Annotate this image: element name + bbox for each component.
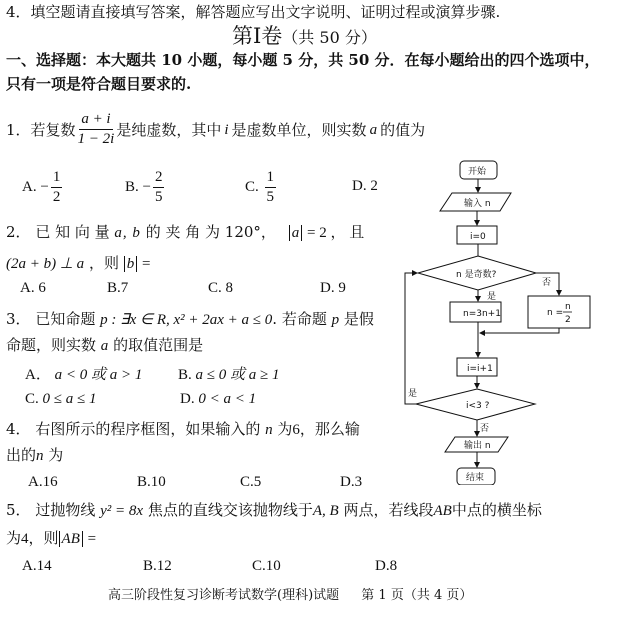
math-vectors: a, b — [114, 225, 141, 241]
question-text: 中点的横坐标 — [452, 501, 542, 519]
math-value: 4 — [21, 531, 29, 547]
option-value: 10 — [266, 558, 281, 574]
question-text: ，那么输 — [300, 420, 360, 438]
question-text: ，则 — [89, 254, 119, 272]
option-label: A. — [22, 558, 37, 574]
math-var: n — [36, 448, 44, 464]
math-abs: a — [289, 225, 303, 241]
question-text: 两点，若线段 — [343, 501, 433, 519]
option-label: C. — [25, 391, 39, 407]
option-label: D. — [340, 474, 355, 490]
section-title-score: （共 50 分） — [282, 28, 377, 47]
flowchart-output-label: 输出 n — [464, 439, 491, 451]
q3-option-c: C. 0 ≤ a ≤ 1 — [25, 391, 96, 408]
option-label: A． — [25, 367, 51, 383]
fraction: a + i 1 − 2i — [78, 110, 115, 149]
option-sign: − — [40, 179, 48, 196]
option-sign: − — [143, 179, 151, 196]
q4-option-b: B.10 — [137, 474, 166, 491]
question-text: 是纯虚数，其中 — [116, 120, 221, 140]
option-value: 9 — [338, 280, 346, 296]
question-text: 是虚数单位，则实数 — [232, 120, 367, 140]
flowchart-start-label: 开始 — [468, 165, 487, 177]
math-eq: = — [142, 256, 150, 272]
option-label: D. — [320, 280, 335, 296]
fraction-denominator: 5 — [267, 188, 275, 207]
option-label: D. — [375, 558, 390, 574]
fraction-numerator: 1 — [265, 168, 277, 188]
question-text: = 2 ， 且 — [307, 225, 364, 241]
option-label: C. — [240, 474, 254, 490]
flowchart-increment-label: i=i+1 — [467, 364, 493, 374]
q3-option-a: A． a < 0 或 a > 1 — [25, 363, 142, 384]
q4-option-d: D.3 — [340, 474, 362, 491]
question-text: 若复数 — [31, 120, 76, 140]
question-3-line1: 3． 已知命题 p : ∃x ∈ R, x² + 2ax + a ≤ 0. 若命… — [6, 309, 374, 330]
option-label: C. — [208, 280, 222, 296]
flowchart-init-label: i=0 — [470, 232, 486, 242]
question-2-line2: (2a + b) ⊥ a ，则 b = — [6, 253, 151, 274]
math-value: 6 — [292, 422, 300, 438]
math-abs: b — [124, 256, 138, 272]
fraction-numerator: 2 — [153, 168, 165, 188]
part-intro-line1: 一、选择题：本大题共 10 小题，每小题 5 分，共 50 分．在每小题给出的四… — [6, 50, 600, 70]
option-label: A. — [20, 280, 35, 296]
option-value: 16 — [43, 474, 58, 490]
question-2-line1: 2． 已 知 向 量 a, b 的 夹 角 为 120°， a = 2 ， 且 — [6, 222, 364, 243]
q1-option-c: C. 15 — [245, 168, 278, 207]
question-text: 过抛物线 — [35, 501, 95, 519]
question-1: 1． 若复数 a + i 1 − 2i 是纯虚数，其中 i 是虚数单位，则实数 … — [6, 110, 425, 149]
question-4-line1: 4． 右图所示的程序框图，如果输入的 n 为6，那么输 — [6, 419, 360, 440]
option-label: D. — [180, 391, 195, 407]
math-var: n — [265, 422, 273, 438]
question-text: 出的 — [6, 446, 36, 464]
flowchart: 开始 输入 n i=0 n 是奇数? 是 否 n=3n+1 n = n 2 i=… — [400, 150, 600, 485]
question-5-line2: 为4，则AB = — [6, 528, 96, 549]
fraction: 15 — [265, 168, 277, 207]
flowchart-decision1-label: n 是奇数? — [456, 268, 497, 280]
option-label: B. — [178, 367, 192, 383]
math-points: A, B — [313, 503, 339, 519]
q2-option-d: D. 9 — [320, 280, 346, 297]
option-label: B. — [143, 558, 157, 574]
question-text: 命题，则实数 — [6, 336, 96, 354]
math-eq: = — [88, 531, 96, 547]
option-value: 7 — [121, 280, 129, 296]
option-label: C. — [252, 558, 266, 574]
option-value: 8 — [226, 280, 234, 296]
math-var: p — [332, 312, 340, 328]
question-number: 5． — [6, 501, 31, 519]
math-var: a — [101, 338, 109, 354]
q5-option-b: B.12 — [143, 558, 172, 575]
part-intro-line2: 只有一项是符合题目要求的. — [6, 74, 191, 94]
option-value: a < 0 或 a > 1 — [55, 367, 143, 383]
option-value: 0 < a < 1 — [198, 391, 256, 407]
q2-option-b: B.7 — [107, 280, 128, 297]
math-expr: (2a + b) ⊥ a — [6, 256, 84, 272]
flowchart-loop-yes-label: 是 — [408, 388, 417, 399]
flowchart-input-label: 输入 n — [464, 197, 491, 209]
option-value: 12 — [157, 558, 172, 574]
math-var: a — [370, 120, 378, 140]
question-text: 右图所示的程序框图，如果输入的 — [35, 420, 260, 438]
option-label: D. — [352, 178, 367, 194]
fraction-numerator: 1 — [51, 168, 63, 188]
option-value: 8 — [390, 558, 398, 574]
q3-option-d: D. 0 < a < 1 — [180, 391, 256, 408]
option-value: 5 — [254, 474, 262, 490]
question-text: 焦点的直线交该抛物线于 — [148, 501, 313, 519]
math-segment: AB — [433, 503, 451, 519]
math-abs: AB — [59, 531, 83, 547]
flowchart-even-den: 2 — [565, 315, 571, 325]
question-number: 3． — [6, 310, 31, 328]
q5-option-c: C.10 — [252, 558, 281, 575]
fraction: 25 — [153, 168, 165, 207]
option-label: B. — [125, 179, 139, 196]
footer: 高三阶段性复习诊断考试数学(理科)试题 第 1 页（共 4 页） — [108, 584, 472, 603]
option-value: 3 — [355, 474, 363, 490]
option-value: 0 ≤ a ≤ 1 — [43, 391, 97, 407]
question-4-line2: 出的n 为 — [6, 445, 63, 466]
q5-option-d: D.8 — [375, 558, 397, 575]
q1-option-b: B. − 25 — [125, 168, 166, 207]
q2-option-c: C. 8 — [208, 280, 233, 297]
fraction-denominator: 2 — [53, 188, 61, 207]
option-value: 6 — [38, 280, 46, 296]
option-value: a ≤ 0 或 a ≥ 1 — [196, 367, 280, 383]
flowchart-yes-label: 是 — [487, 291, 496, 302]
option-label: A. — [28, 474, 43, 490]
option-label: A. — [22, 179, 37, 196]
flowchart-exit-no-label: 否 — [480, 423, 489, 434]
fraction-numerator: a + i — [79, 110, 112, 130]
q5-option-a: A.14 — [22, 558, 52, 575]
question-number: 1． — [6, 120, 31, 140]
fraction: 12 — [51, 168, 63, 207]
q2-option-a: A. 6 — [20, 280, 46, 297]
flowchart-even-num: n — [565, 302, 571, 312]
section-title: 第Ⅰ卷（共 50 分） — [232, 20, 377, 50]
question-text: 为 — [277, 420, 292, 438]
option-label: B. — [137, 474, 151, 490]
instruction-line: 4．填空题请直接填写答案，解答题应写出文字说明、证明过程或演算步骤. — [6, 2, 500, 22]
question-text: ，则 — [29, 529, 59, 547]
question-text: 的值为 — [380, 120, 425, 140]
q1-option-d: D. 2 — [352, 178, 378, 195]
math-expr: p : ∃x ∈ R, x² + 2ax + a ≤ 0 — [100, 312, 272, 328]
math-var: i — [224, 120, 228, 140]
math-expr: y² = 8x — [100, 503, 143, 519]
fraction-denominator: 5 — [155, 188, 163, 207]
option-value: 10 — [151, 474, 166, 490]
question-5-line1: 5． 过抛物线 y² = 8x 焦点的直线交该抛物线于A, B 两点，若线段AB… — [6, 500, 542, 521]
footer-title: 高三阶段性复习诊断考试数学(理科)试题 — [108, 588, 339, 603]
flowchart-decision2-label: i<3 ? — [466, 401, 490, 411]
option-value: 14 — [37, 558, 52, 574]
question-text: 的取值范围是 — [113, 336, 203, 354]
q3-option-b: B. a ≤ 0 或 a ≥ 1 — [178, 363, 279, 384]
fraction-denominator: 1 − 2i — [78, 130, 115, 149]
footer-page: 第 1 页（共 4 页） — [361, 588, 472, 603]
option-label: C. — [245, 179, 259, 196]
question-text: . 若命题 — [272, 310, 327, 328]
question-number: 2． — [6, 223, 31, 241]
question-3-line2: 命题，则实数 a 的取值范围是 — [6, 335, 203, 356]
flowchart-odd-step-label: n=3n+1 — [463, 309, 501, 319]
question-number: 4． — [6, 420, 31, 438]
option-label: B. — [107, 280, 121, 296]
flowchart-end-label: 结束 — [466, 471, 484, 483]
flowchart-no-label: 否 — [542, 277, 551, 288]
question-text: 为 — [6, 529, 21, 547]
q4-option-a: A.16 — [28, 474, 58, 491]
question-text: 的 夹 角 为 120°， — [146, 223, 276, 241]
option-value: 2 — [370, 178, 378, 194]
question-text: 已知命题 — [35, 310, 95, 328]
question-text: 为 — [48, 446, 63, 464]
flowchart-even-lhs: n = — [547, 308, 563, 318]
q1-option-a: A. − 12 — [22, 168, 64, 207]
question-text: 已 知 向 量 — [35, 223, 109, 241]
q4-option-c: C.5 — [240, 474, 261, 491]
section-title-main: 第Ⅰ卷 — [232, 24, 282, 48]
question-text: 是假 — [344, 310, 374, 328]
